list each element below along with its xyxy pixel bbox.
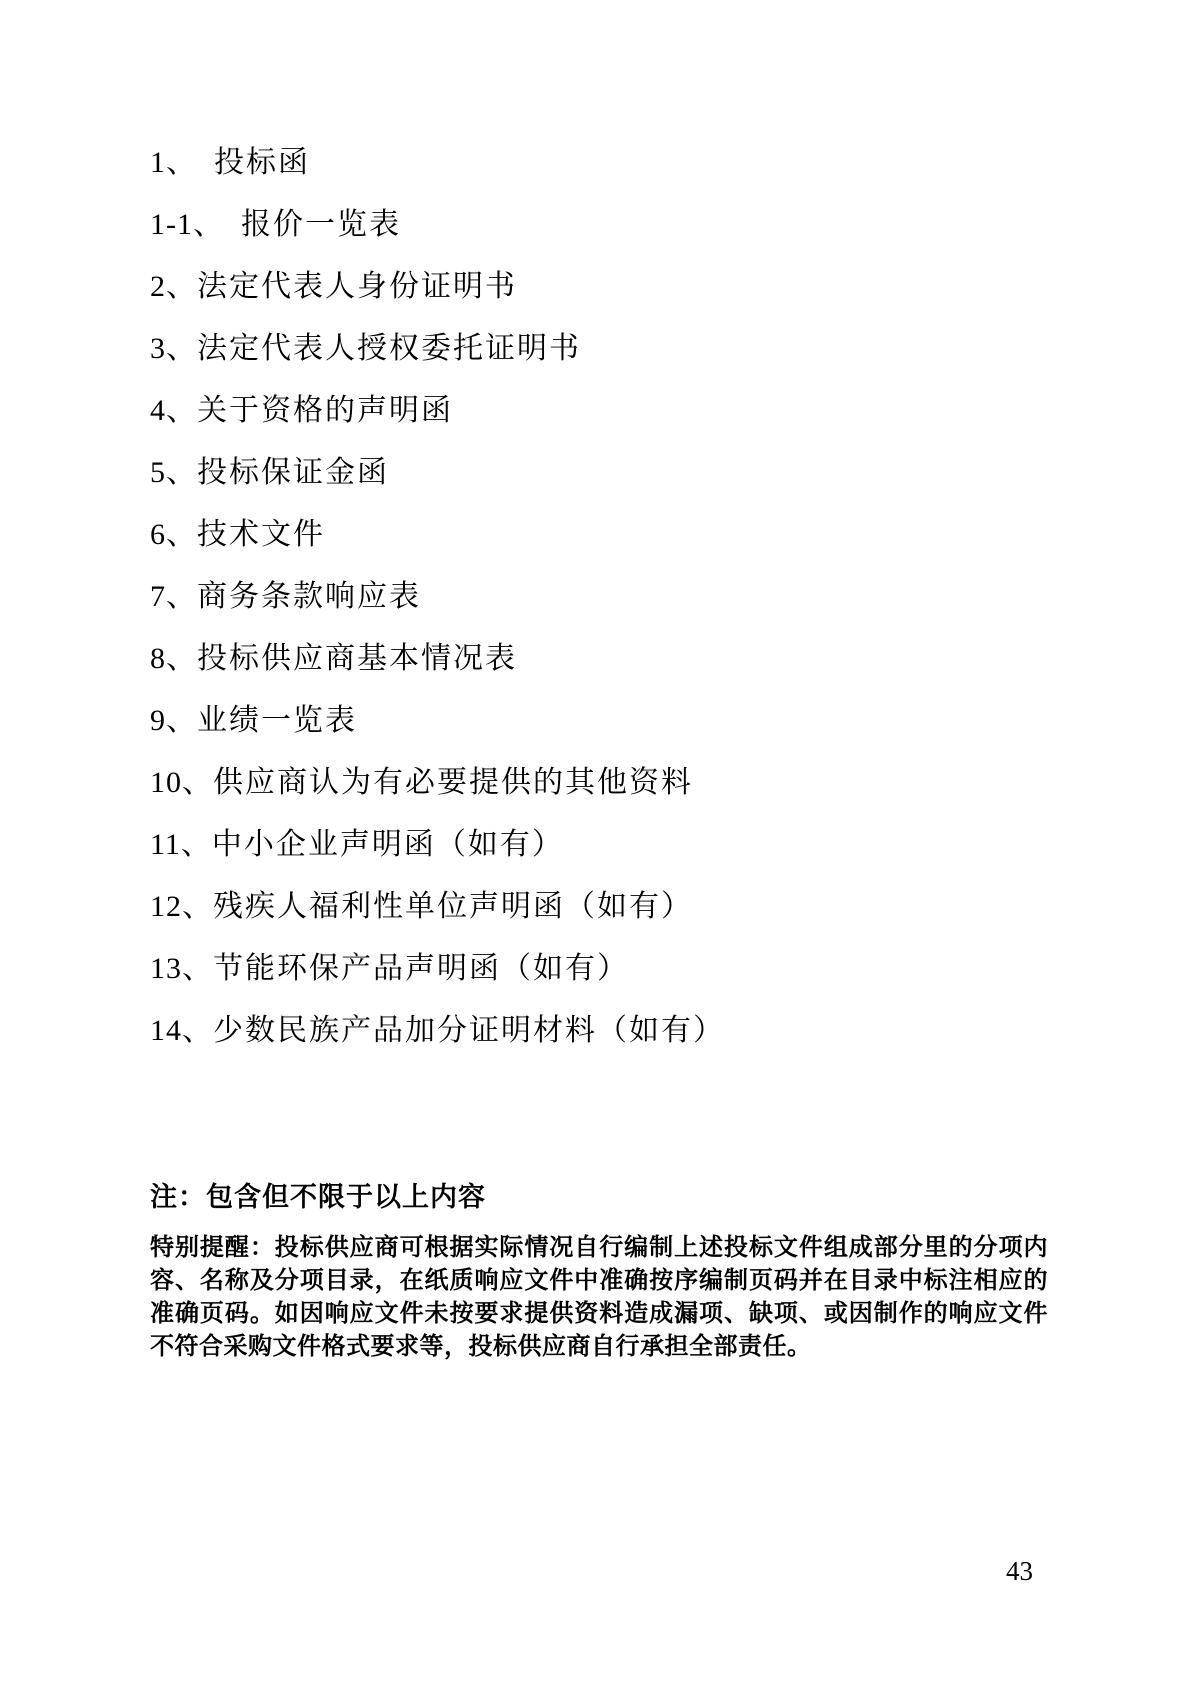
item-number: 3、 bbox=[150, 332, 197, 365]
item-number: 10、 bbox=[150, 766, 213, 799]
list-item: 5、投标保证金函 bbox=[150, 458, 1050, 488]
document-page: 1、 投标函 1-1、 报价一览表 2、法定代表人身份证明书 3、法定代表人授权… bbox=[0, 0, 1190, 1682]
item-label: 投标函 bbox=[182, 146, 310, 179]
item-label: 供应商认为有必要提供的其他资料 bbox=[213, 766, 693, 799]
list-item: 2、法定代表人身份证明书 bbox=[150, 272, 1050, 302]
item-label: 业绩一览表 bbox=[197, 704, 357, 737]
item-number: 2、 bbox=[150, 270, 197, 303]
list-item: 12、残疾人福利性单位声明函（如有） bbox=[150, 892, 1050, 922]
item-number: 8、 bbox=[150, 642, 197, 675]
list-item: 4、关于资格的声明函 bbox=[150, 396, 1050, 426]
item-label: 投标保证金函 bbox=[197, 456, 389, 489]
item-label: 中小企业声明函（如有） bbox=[212, 828, 564, 861]
item-label: 关于资格的声明函 bbox=[197, 394, 453, 427]
item-label: 节能环保产品声明函（如有） bbox=[213, 952, 629, 985]
list-item: 8、投标供应商基本情况表 bbox=[150, 644, 1050, 674]
item-label: 残疾人福利性单位声明函（如有） bbox=[213, 890, 693, 923]
note-body: 特别提醒：投标供应商可根据实际情况自行编制上述投标文件组成部分里的分项内容、名称… bbox=[150, 1231, 1048, 1363]
item-label: 技术文件 bbox=[197, 518, 325, 551]
item-number: 1-1、 bbox=[150, 208, 209, 241]
list-item: 7、商务条款响应表 bbox=[150, 582, 1050, 612]
item-number: 12、 bbox=[150, 890, 213, 923]
list-item: 13、节能环保产品声明函（如有） bbox=[150, 954, 1050, 984]
list-item: 1、 投标函 bbox=[150, 148, 1050, 178]
item-number: 4、 bbox=[150, 394, 197, 427]
item-label: 投标供应商基本情况表 bbox=[197, 642, 517, 675]
page-number: 43 bbox=[1006, 1558, 1033, 1585]
item-label: 法定代表人身份证明书 bbox=[197, 270, 517, 303]
item-number: 9、 bbox=[150, 704, 197, 737]
item-number: 14、 bbox=[150, 1014, 213, 1047]
list-item: 10、供应商认为有必要提供的其他资料 bbox=[150, 768, 1050, 798]
item-label: 少数民族产品加分证明材料（如有） bbox=[213, 1014, 725, 1047]
list-item: 9、业绩一览表 bbox=[150, 706, 1050, 736]
item-number: 11、 bbox=[150, 828, 212, 861]
list-item: 11、中小企业声明函（如有） bbox=[150, 830, 1050, 860]
note-heading: 注：包含但不限于以上内容 bbox=[150, 1184, 1050, 1211]
item-label: 报价一览表 bbox=[209, 208, 401, 241]
item-number: 5、 bbox=[150, 456, 197, 489]
item-label: 法定代表人授权委托证明书 bbox=[197, 332, 581, 365]
list-item: 6、技术文件 bbox=[150, 520, 1050, 550]
list-item: 3、法定代表人授权委托证明书 bbox=[150, 334, 1050, 364]
item-number: 7、 bbox=[150, 580, 197, 613]
item-number: 13、 bbox=[150, 952, 213, 985]
list-item: 14、少数民族产品加分证明材料（如有） bbox=[150, 1016, 1050, 1046]
item-number: 1、 bbox=[150, 146, 182, 179]
document-content: 1、 投标函 1-1、 报价一览表 2、法定代表人身份证明书 3、法定代表人授权… bbox=[150, 148, 1050, 1363]
item-number: 6、 bbox=[150, 518, 197, 551]
item-label: 商务条款响应表 bbox=[197, 580, 421, 613]
list-item: 1-1、 报价一览表 bbox=[150, 210, 1050, 240]
